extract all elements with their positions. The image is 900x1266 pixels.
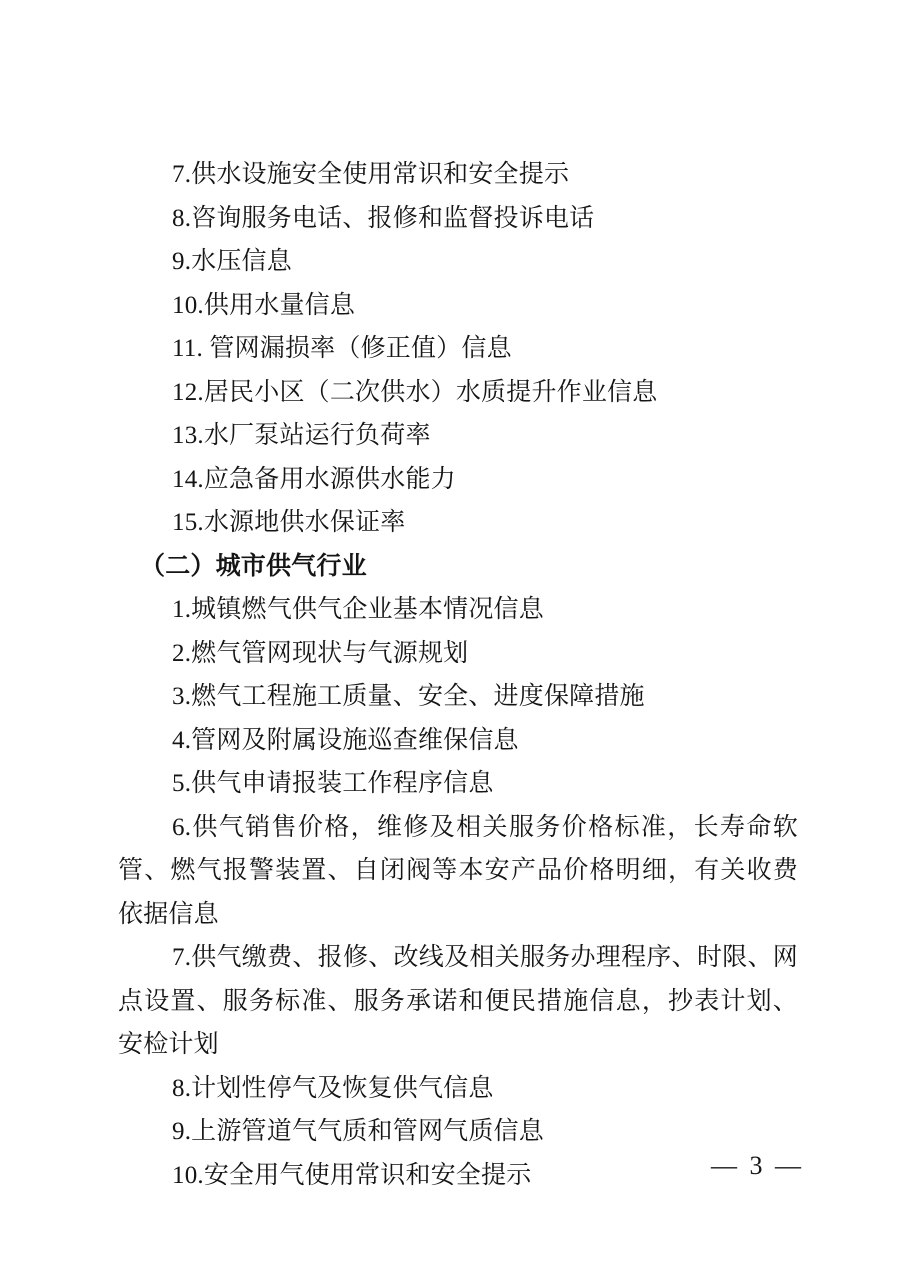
gas-item-4: 4.管网及附属设施巡查维保信息 — [118, 719, 798, 763]
water-item-15: 15.水源地供水保证率 — [118, 501, 798, 545]
water-item-12: 12.居民小区（二次供水）水质提升作业信息 — [118, 371, 798, 415]
gas-section-heading: （二）城市供气行业 — [118, 545, 798, 589]
gas-item-1: 1.城镇燃气供气企业基本情况信息 — [118, 588, 798, 632]
gas-item-2: 2.燃气管网现状与气源规划 — [118, 632, 798, 676]
gas-item-7: 7.供气缴费、报修、改线及相关服务办理程序、时限、网点设置、服务标准、服务承诺和… — [118, 936, 798, 1067]
document-body: 7.供水设施安全使用常识和安全提示 8.咨询服务电话、报修和监督投诉电话 9.水… — [118, 153, 798, 1197]
water-item-14: 14.应急备用水源供水能力 — [118, 458, 798, 502]
gas-item-3: 3.燃气工程施工质量、安全、进度保障措施 — [118, 675, 798, 719]
water-item-9: 9.水压信息 — [118, 240, 798, 284]
document-page: 7.供水设施安全使用常识和安全提示 8.咨询服务电话、报修和监督投诉电话 9.水… — [0, 0, 900, 1266]
water-item-13: 13.水厂泵站运行负荷率 — [118, 414, 798, 458]
gas-item-8: 8.计划性停气及恢复供气信息 — [118, 1067, 798, 1111]
gas-item-5: 5.供气申请报装工作程序信息 — [118, 762, 798, 806]
page-number: — 3 — — [711, 1150, 804, 1182]
water-item-8: 8.咨询服务电话、报修和监督投诉电话 — [118, 197, 798, 241]
gas-item-9: 9.上游管道气气质和管网气质信息 — [118, 1110, 798, 1154]
water-item-10: 10.供用水量信息 — [118, 284, 798, 328]
water-item-7: 7.供水设施安全使用常识和安全提示 — [118, 153, 798, 197]
gas-item-10: 10.安全用气使用常识和安全提示 — [118, 1154, 798, 1198]
water-item-11: 11. 管网漏损率（修正值）信息 — [118, 327, 798, 371]
gas-item-6: 6.供气销售价格，维修及相关服务价格标准，长寿命软管、燃气报警装置、自闭阀等本安… — [118, 806, 798, 937]
